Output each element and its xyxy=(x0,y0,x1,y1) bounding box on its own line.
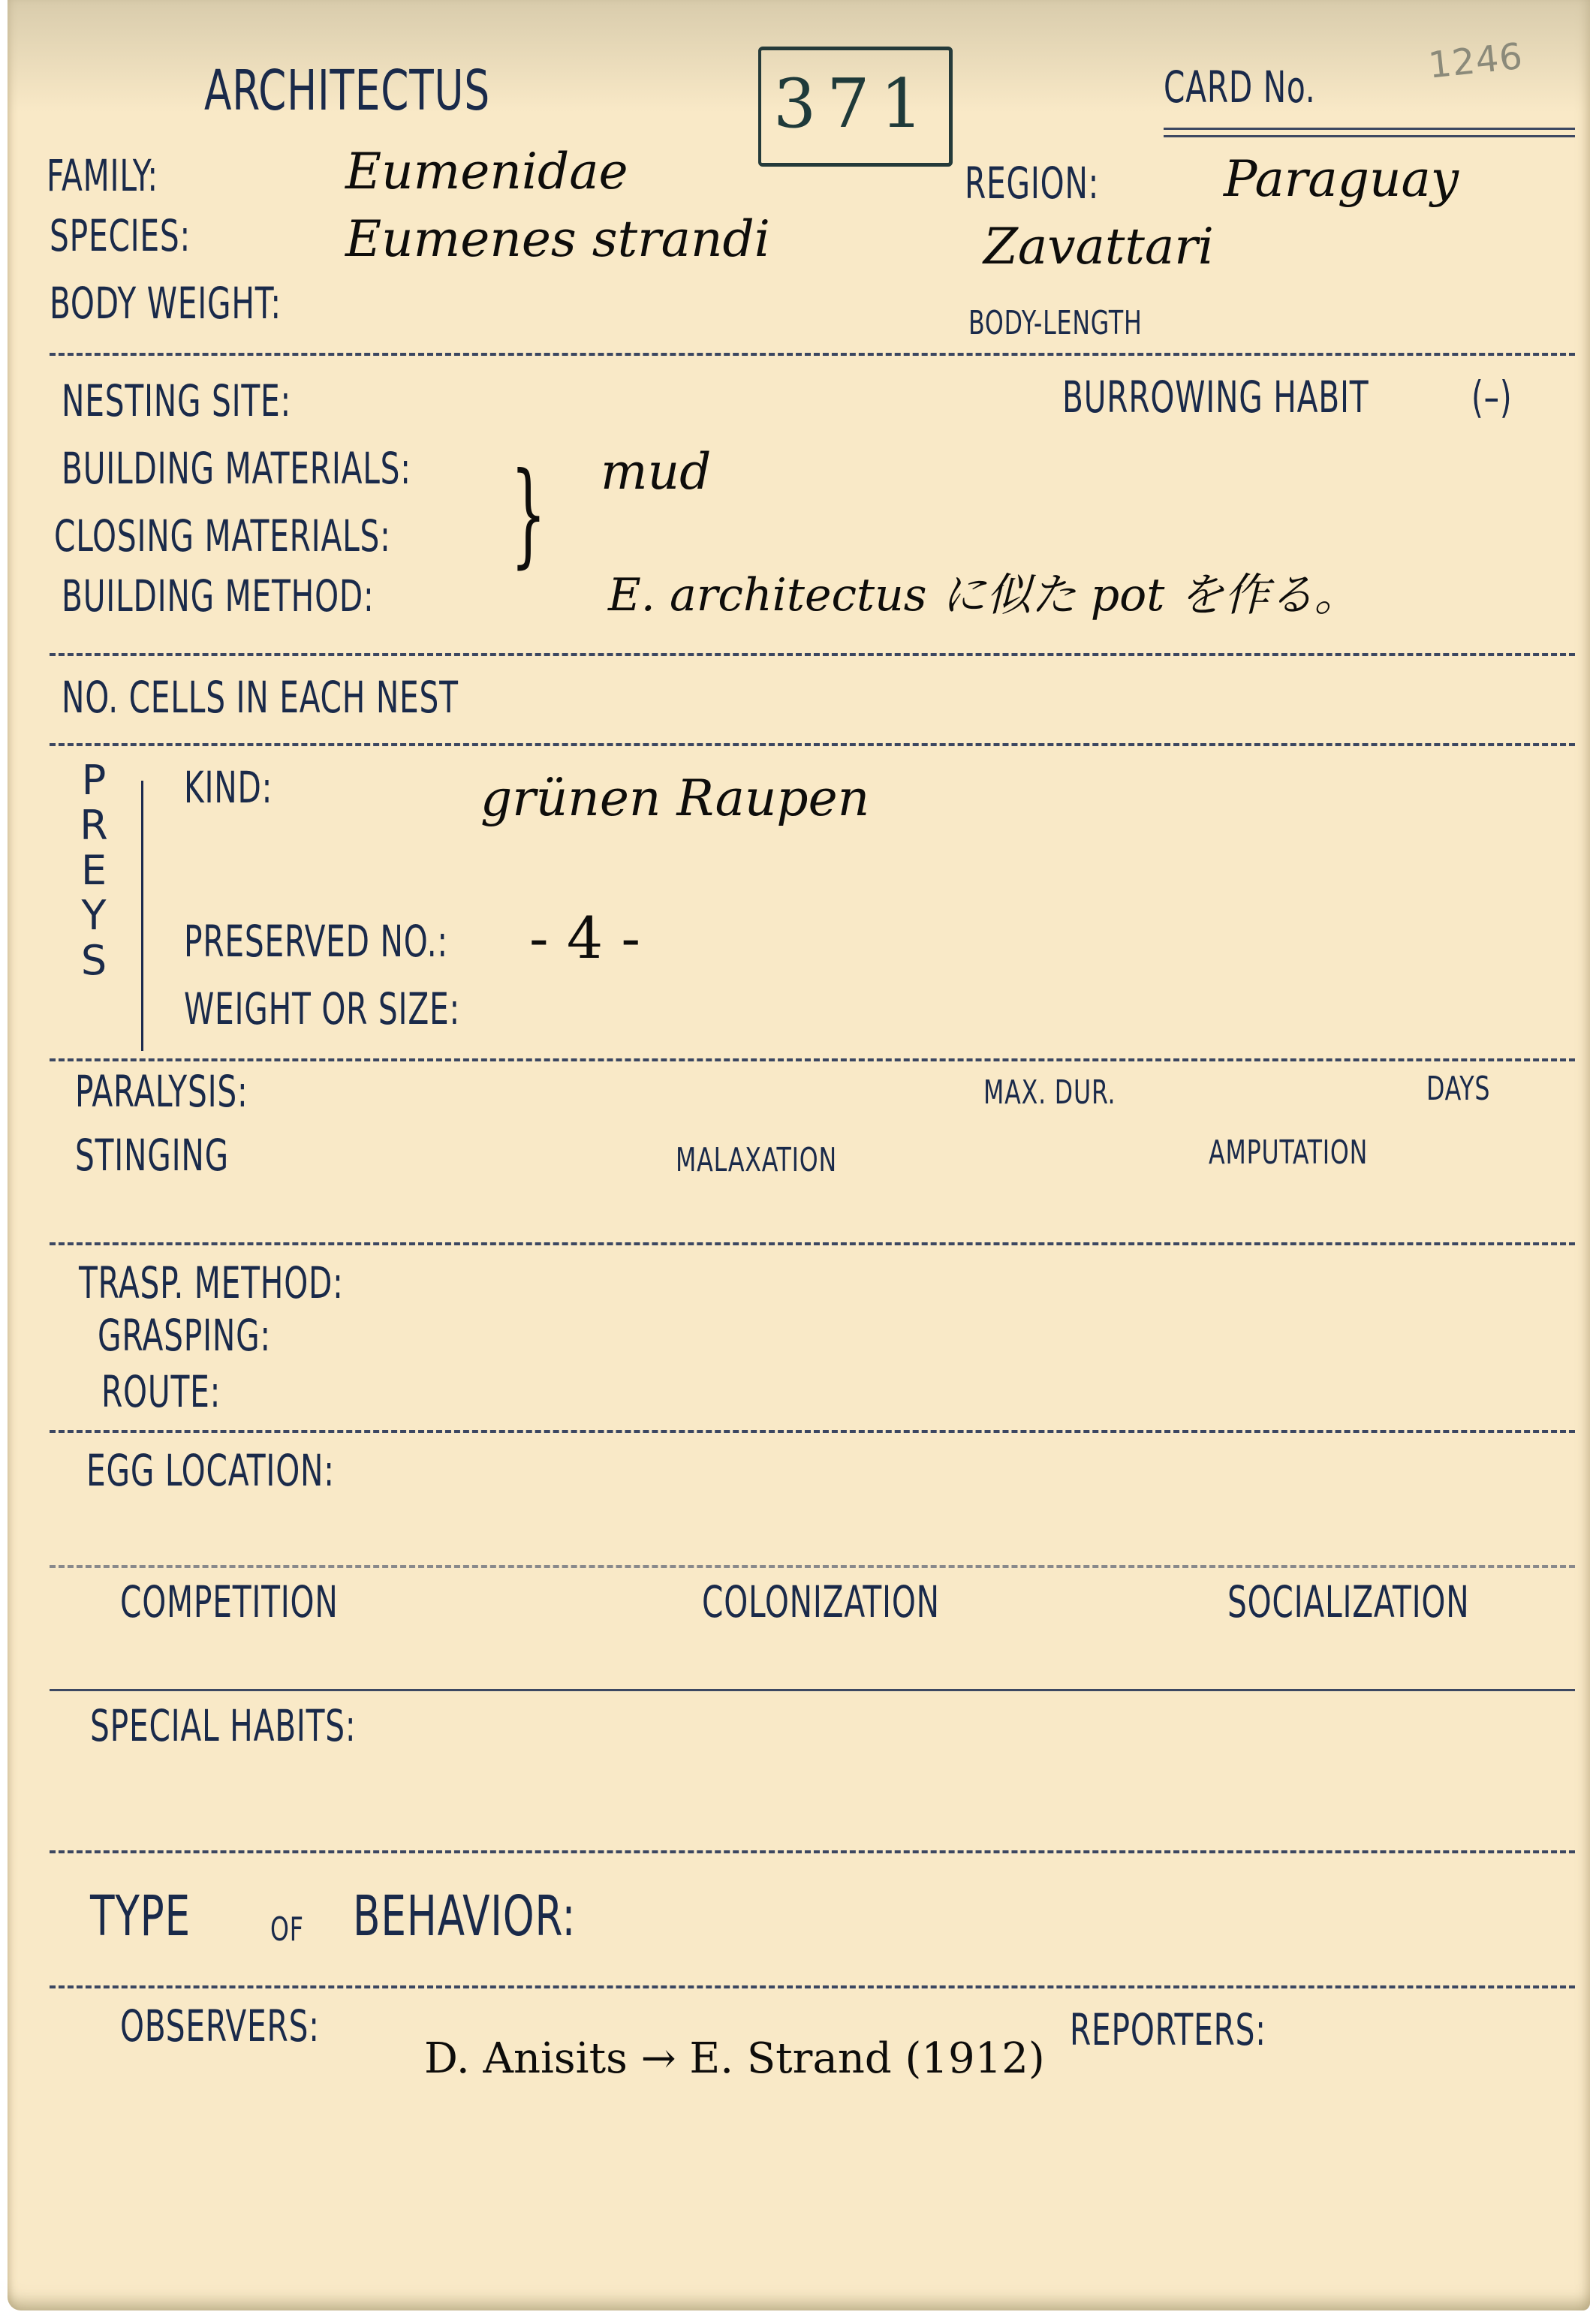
closing-materials-label: CLOSING MATERIALS: xyxy=(54,510,391,561)
preserved-no-label: PRESERVED NO.: xyxy=(184,916,448,967)
socialization-label: SOCIALIZATION xyxy=(1227,1576,1469,1627)
kind-label: KIND: xyxy=(184,762,273,813)
body-weight-label: BODY WEIGHT: xyxy=(50,278,282,329)
amputation-label: AMPUTATION xyxy=(1209,1133,1368,1172)
observers-value: D. Anisits → E. Strand (1912) xyxy=(424,2034,1045,2083)
colonization-label: COLONIZATION xyxy=(702,1576,940,1627)
observers-label: OBSERVERS: xyxy=(120,2000,320,2052)
card-title: ARCHITECTUS xyxy=(204,59,490,123)
burrowing-habit-value: (–) xyxy=(1471,372,1512,423)
card-no-value: 1246 xyxy=(1426,35,1525,87)
brace-icon: } xyxy=(510,458,547,570)
trasp-method-label: TRASP. METHOD: xyxy=(79,1257,344,1308)
paralysis-label: PARALYSIS: xyxy=(75,1066,248,1117)
card-no-label: CARD No. xyxy=(1164,62,1316,113)
family-value: Eumenidae xyxy=(345,143,628,200)
preserved-no-value: - 4 - xyxy=(529,905,640,971)
divider xyxy=(50,743,1575,746)
cells-label: NO. CELLS IN EACH NEST xyxy=(62,672,459,723)
card-no-underline xyxy=(1164,128,1575,130)
max-dur-label: MAX. DUR. xyxy=(983,1073,1116,1112)
reporters-label: REPORTERS: xyxy=(1070,2004,1266,2055)
divider xyxy=(50,1985,1575,1988)
divider xyxy=(50,653,1575,656)
building-method-value: E. architectus に似た pot を作る。 xyxy=(608,559,1359,624)
weight-size-label: WEIGHT OR SIZE: xyxy=(184,983,460,1034)
preys-divider xyxy=(141,781,143,1051)
index-card: ARCHITECTUS 371 CARD No. 1246 FAMILY: Eu… xyxy=(8,0,1590,2310)
building-method-label: BUILDING METHOD: xyxy=(62,570,375,622)
nesting-site-label: NESTING SITE: xyxy=(62,375,291,426)
region-value: Paraguay xyxy=(1224,150,1459,208)
body-length-label: BODY-LENGTH xyxy=(968,304,1143,342)
burrowing-habit-label: BURROWING HABIT xyxy=(1062,372,1369,423)
days-label: DAYS xyxy=(1426,1070,1490,1108)
species-label: SPECIES: xyxy=(50,210,191,261)
stinging-label: STINGING xyxy=(75,1130,229,1181)
divider xyxy=(50,1689,1575,1691)
record-number: 371 xyxy=(773,65,934,143)
species-value: Eumenes strandi xyxy=(345,210,770,268)
divider xyxy=(50,1850,1575,1853)
preys-section-label: P R E Y S xyxy=(68,758,120,983)
divider xyxy=(50,1565,1575,1568)
region-label: REGION: xyxy=(965,158,1099,209)
route-label: ROUTE: xyxy=(101,1366,221,1417)
materials-value: mud xyxy=(601,443,711,501)
divider xyxy=(50,1058,1575,1061)
family-label: FAMILY: xyxy=(47,150,158,201)
divider xyxy=(50,1430,1575,1433)
card-no-underline-2 xyxy=(1164,135,1575,137)
grasping-label: GRASPING: xyxy=(98,1310,271,1361)
competition-label: COMPETITION xyxy=(120,1576,339,1627)
species-author: Zavattari xyxy=(983,218,1214,275)
kind-value: grünen Raupen xyxy=(480,769,869,827)
building-materials-label: BUILDING MATERIALS: xyxy=(62,443,411,494)
special-habits-label: SPECIAL HABITS: xyxy=(90,1700,356,1751)
divider xyxy=(50,353,1575,356)
malaxation-label: MALAXATION xyxy=(676,1141,837,1179)
egg-location-label: EGG LOCATION: xyxy=(86,1445,335,1496)
divider xyxy=(50,1242,1575,1245)
